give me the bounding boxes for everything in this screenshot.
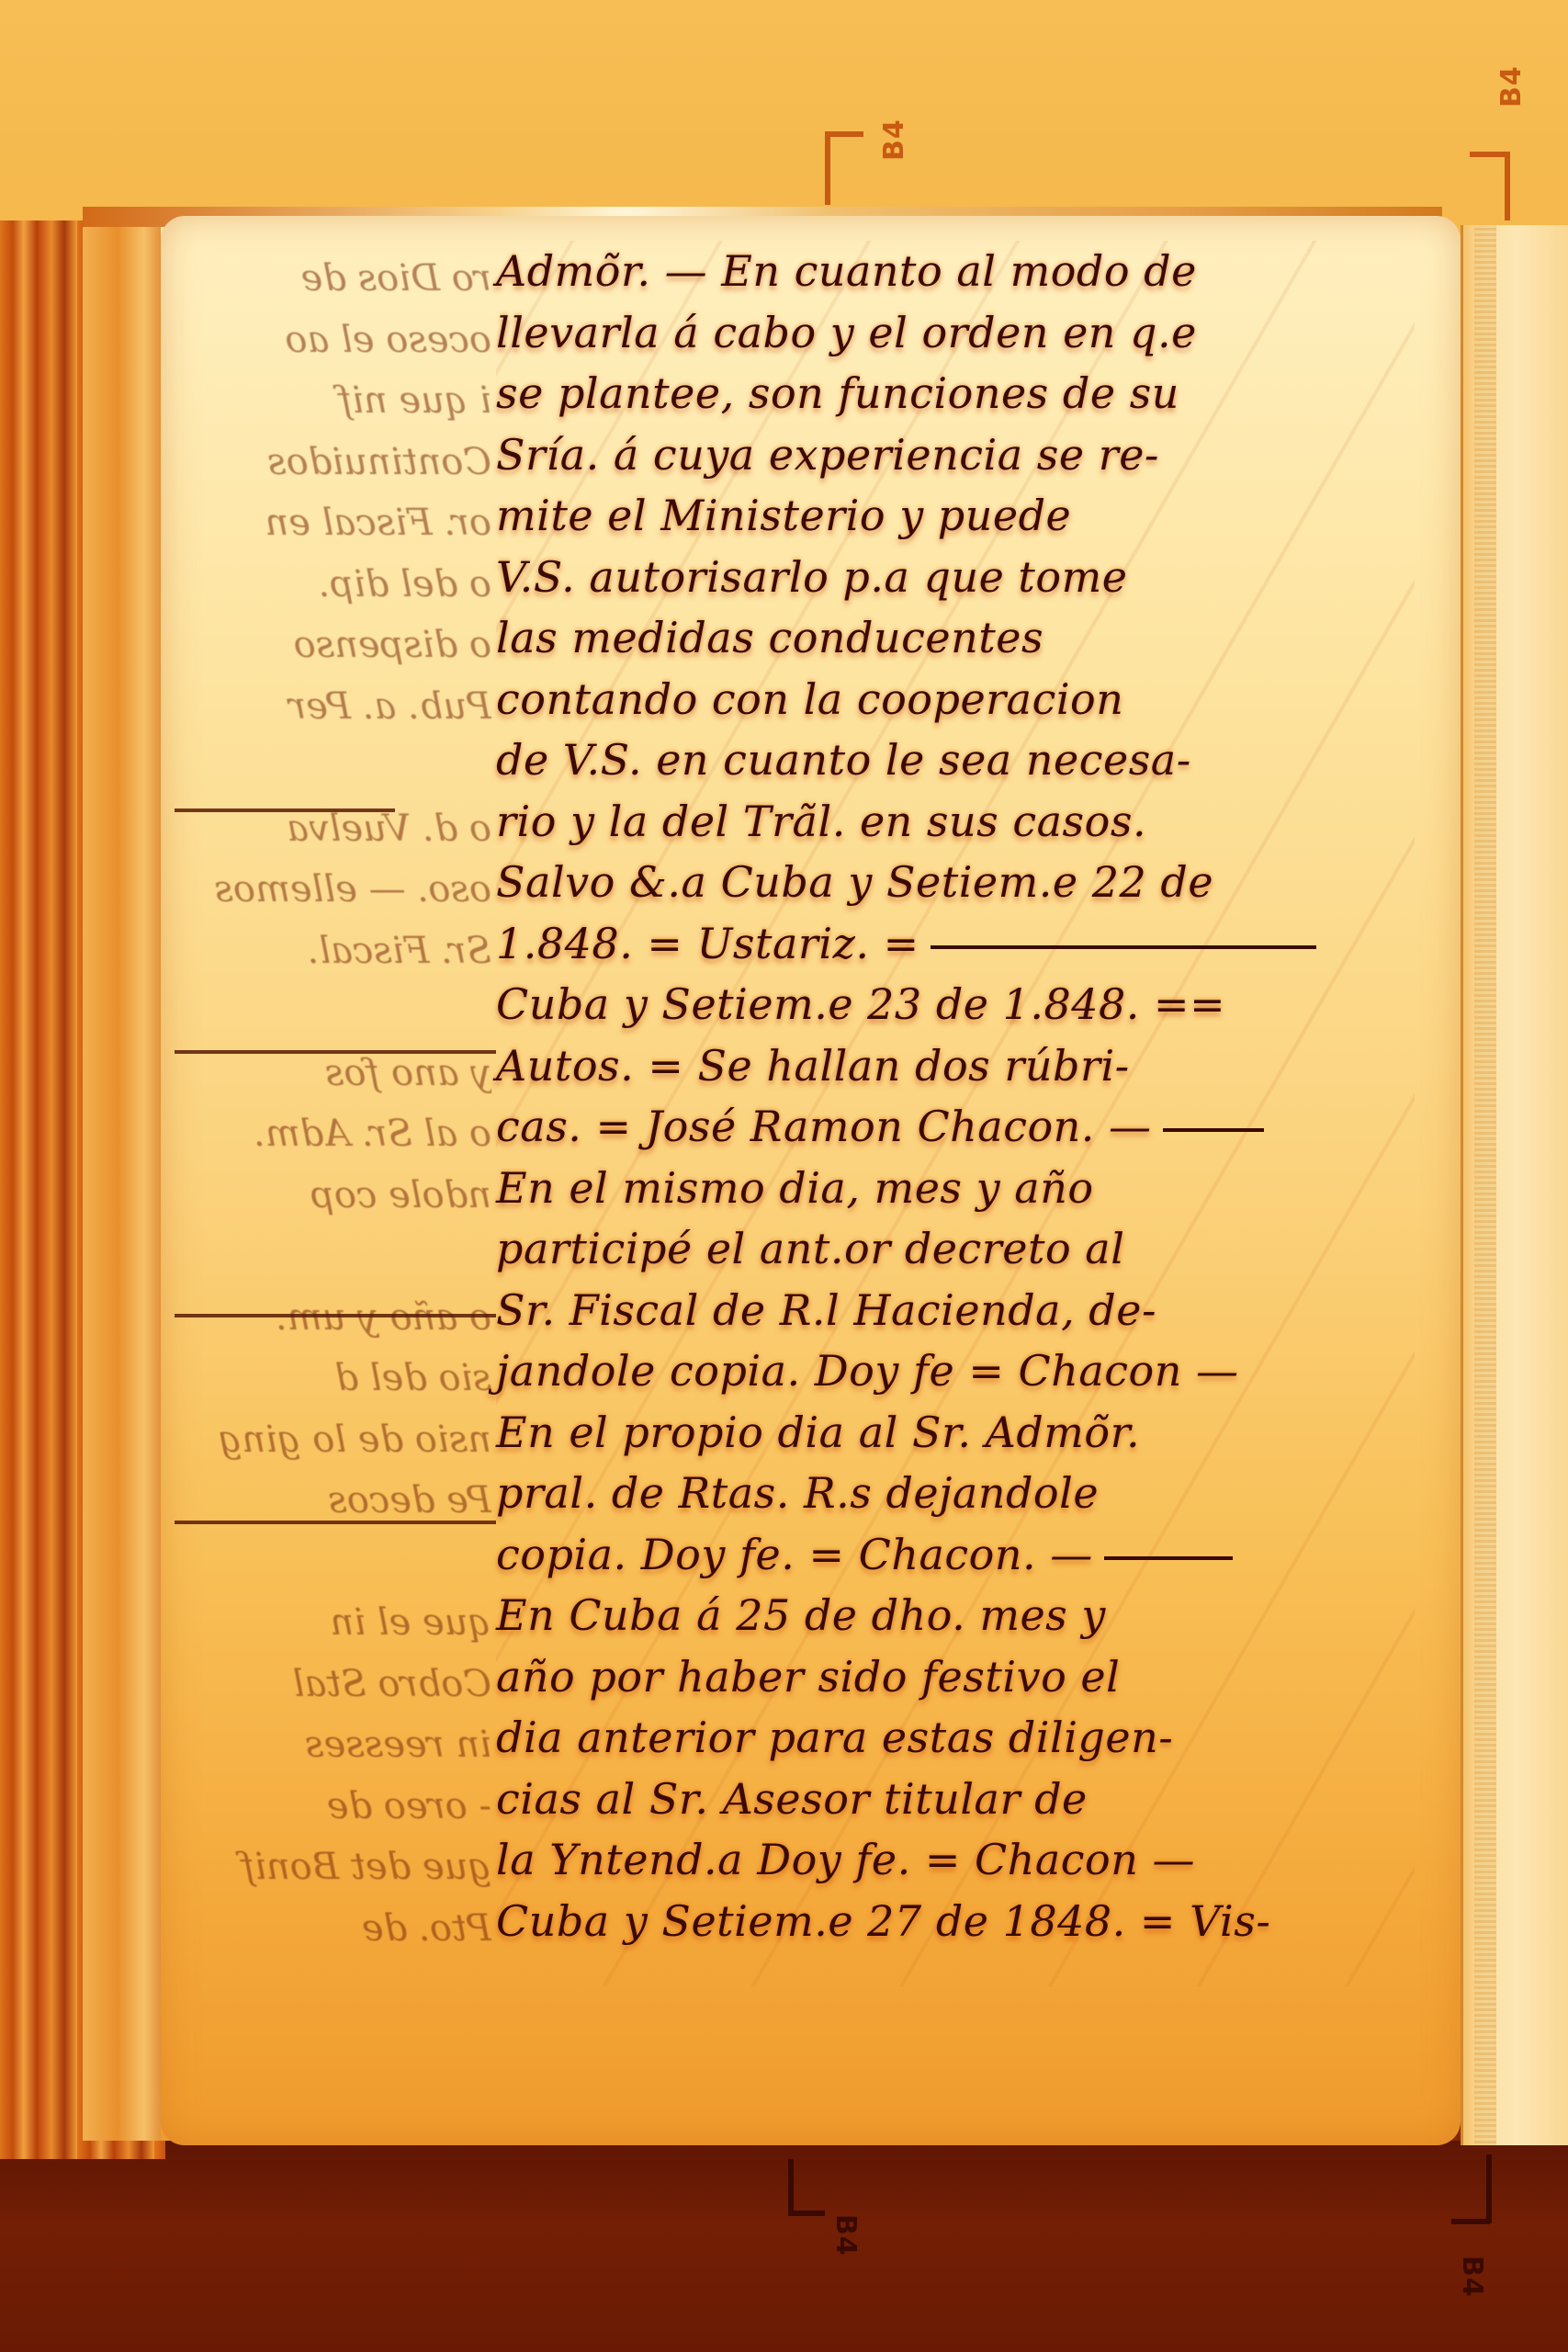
binding-stitch [1474, 225, 1496, 2145]
text-line: dia anterior para estas diligen- [496, 1707, 1415, 1769]
text-line: contando con la cooperacion [496, 669, 1415, 730]
text-line: pral. de Rtas. R.s dejandole [496, 1463, 1415, 1524]
text-line: Admõr. — En cuanto al modo de [496, 241, 1415, 302]
text-line: Autos. = Se hallan dos rúbri- [496, 1035, 1415, 1097]
text-line: En Cuba á 25 de dho. mes y [496, 1585, 1415, 1646]
text-line: En el propio dia al Sr. Admõr. [496, 1402, 1415, 1464]
left-page-rule [175, 808, 395, 812]
line-end-rule [1163, 1128, 1264, 1132]
left-page-rule [175, 1314, 496, 1317]
text-line: rio y la del Trãl. en sus casos. [496, 791, 1415, 853]
text-line: llevarla á cabo y el orden en q.e [496, 302, 1415, 364]
line-end-rule [931, 945, 1316, 949]
right-page-fragment [1461, 225, 1568, 2145]
line-end-rule [1104, 1556, 1233, 1560]
text-line: de V.S. en cuanto le sea necesa- [496, 729, 1415, 791]
text-line: En el mismo dia, mes y año [496, 1158, 1415, 1219]
text-line: las medidas conducentes [496, 607, 1415, 669]
text-line: copia. Doy fe. = Chacon. — [496, 1524, 1415, 1586]
text-line: cias al Sr. Asesor titular de [496, 1769, 1415, 1830]
text-line: Cuba y Setiem.e 23 de 1.848. == [496, 974, 1415, 1035]
left-page-rule [175, 1521, 496, 1524]
scan-dark-floor [0, 2141, 1568, 2352]
text-line: Sr. Fiscal de R.l Hacienda, de- [496, 1280, 1415, 1341]
text-line: año por haber sido festivo el [496, 1646, 1415, 1708]
text-line: se plantee, son funciones de su [496, 363, 1415, 424]
page-stack-edge [83, 211, 173, 2141]
text-line: mite el Ministerio y puede [496, 485, 1415, 547]
text-line: V.S. autorisarlo p.a que tome [496, 547, 1415, 608]
text-line: Sría. á cuya experiencia se re- [496, 424, 1415, 486]
text-line: 1.848. = Ustariz. = [496, 913, 1415, 975]
text-line: jandole copia. Doy fe = Chacon — [496, 1340, 1415, 1402]
manuscript-text-block: Admõr. — En cuanto al modo de llevarla á… [496, 241, 1415, 1951]
text-line: Salvo &.a Cuba y Setiem.e 22 de [496, 852, 1415, 913]
text-line: cas. = José Ramon Chacon. — [496, 1096, 1415, 1158]
text-line: participé el ant.or decreto al [496, 1218, 1415, 1280]
left-page-rule [175, 1050, 496, 1054]
bleedthrough-text: ro Dios de oceso el ao i que nif Continu… [179, 248, 491, 1959]
text-line: la Yntend.a Doy fe. = Chacon — [496, 1829, 1415, 1891]
text-line: Cuba y Setiem.e 27 de 1848. = Vis- [496, 1891, 1415, 1952]
